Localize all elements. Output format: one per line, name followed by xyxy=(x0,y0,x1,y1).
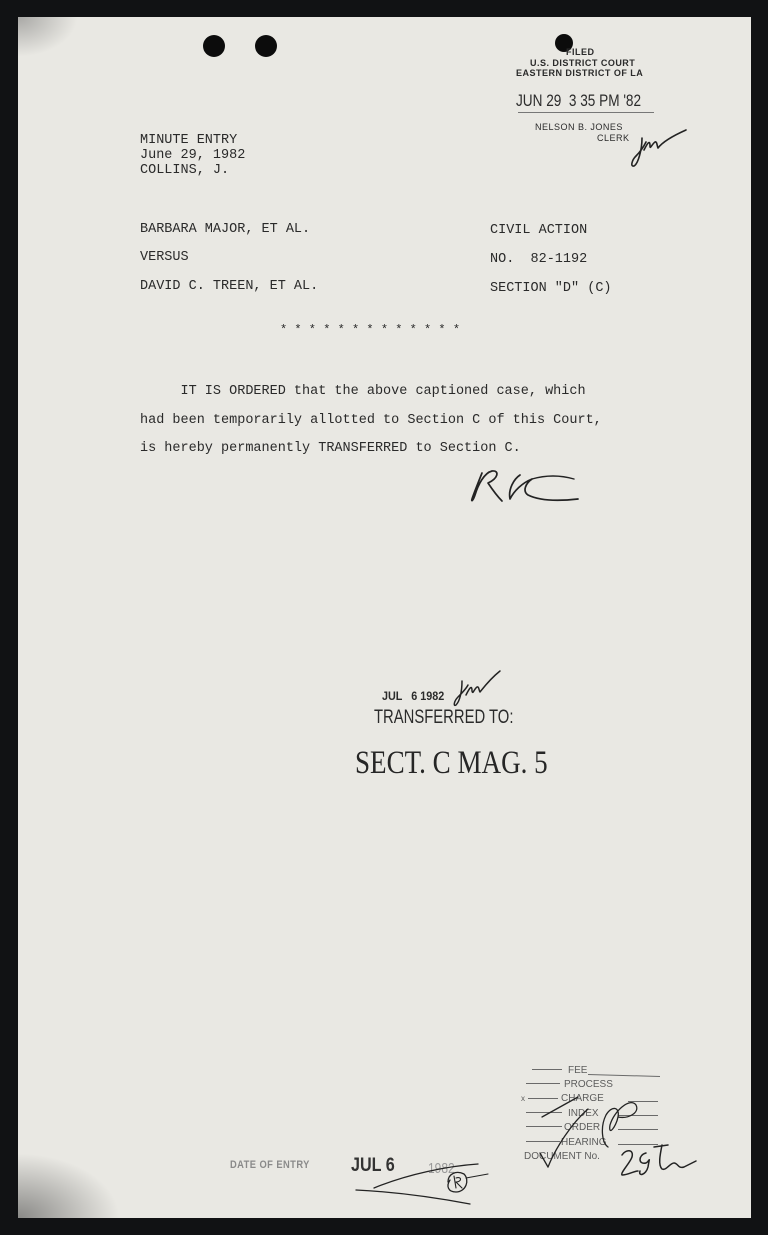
separator-asterisks: * * * * * * * * * * * * * xyxy=(280,323,460,338)
docket-document-number-handwritten xyxy=(618,1141,698,1181)
docket-line xyxy=(532,1069,562,1070)
transfer-destination: SECT. C MAG. 5 xyxy=(355,745,548,782)
docket-line xyxy=(588,1074,660,1077)
caption-case-type: CIVIL ACTION xyxy=(490,223,587,238)
order-line-1: IT IS ORDERED that the above captioned c… xyxy=(140,384,586,399)
filed-stamp-datetime: JUN 29 3 35 PM '82 xyxy=(516,91,641,111)
document-page: FILED U.S. DISTRICT COURT EASTERN DISTRI… xyxy=(18,17,751,1218)
filed-stamp-rule xyxy=(518,112,654,113)
minute-entry-judge: COLLINS, J. xyxy=(140,163,229,178)
scan-shadow-bottom-left xyxy=(18,1148,128,1218)
filed-stamp-clerk-name: NELSON B. JONES xyxy=(535,123,623,133)
caption-case-number: NO. 82-1192 xyxy=(490,252,587,267)
judge-signature xyxy=(470,465,582,505)
order-line-3: is hereby permanently TRANSFERRED to Sec… xyxy=(140,441,521,456)
transfer-stamp-date: JUL 6 1982 xyxy=(382,689,444,703)
minute-entry-title: MINUTE ENTRY xyxy=(140,133,237,148)
docket-item-fee: FEE xyxy=(568,1064,587,1079)
docket-line xyxy=(526,1083,560,1084)
clerk-initials-signature xyxy=(628,120,688,172)
caption-section: SECTION "D" (C) xyxy=(490,281,612,296)
entry-stamp-strike-marks xyxy=(338,1162,498,1212)
caption-versus: VERSUS xyxy=(140,250,189,265)
docket-charge-prefix: x xyxy=(521,1092,525,1107)
hole-punch-left xyxy=(203,35,225,57)
filed-stamp-district: EASTERN DISTRICT OF LA xyxy=(516,69,643,79)
transfer-initials-signature xyxy=(452,667,508,709)
transfer-stamp-label: TRANSFERRED TO: xyxy=(374,707,513,729)
minute-entry-date: June 29, 1982 xyxy=(140,148,245,163)
scan-shadow-top-left xyxy=(18,17,78,57)
entry-stamp-label: DATE OF ENTRY xyxy=(230,1159,310,1171)
order-line-2: had been temporarily allotted to Section… xyxy=(140,413,602,428)
caption-plaintiff: BARBARA MAJOR, ET AL. xyxy=(140,222,310,237)
filed-stamp-line1: FILED xyxy=(566,48,594,58)
caption-defendant: DAVID C. TREEN, ET AL. xyxy=(140,279,318,294)
filed-stamp-clerk-title: CLERK xyxy=(597,134,629,144)
hole-punch-middle xyxy=(255,35,277,57)
